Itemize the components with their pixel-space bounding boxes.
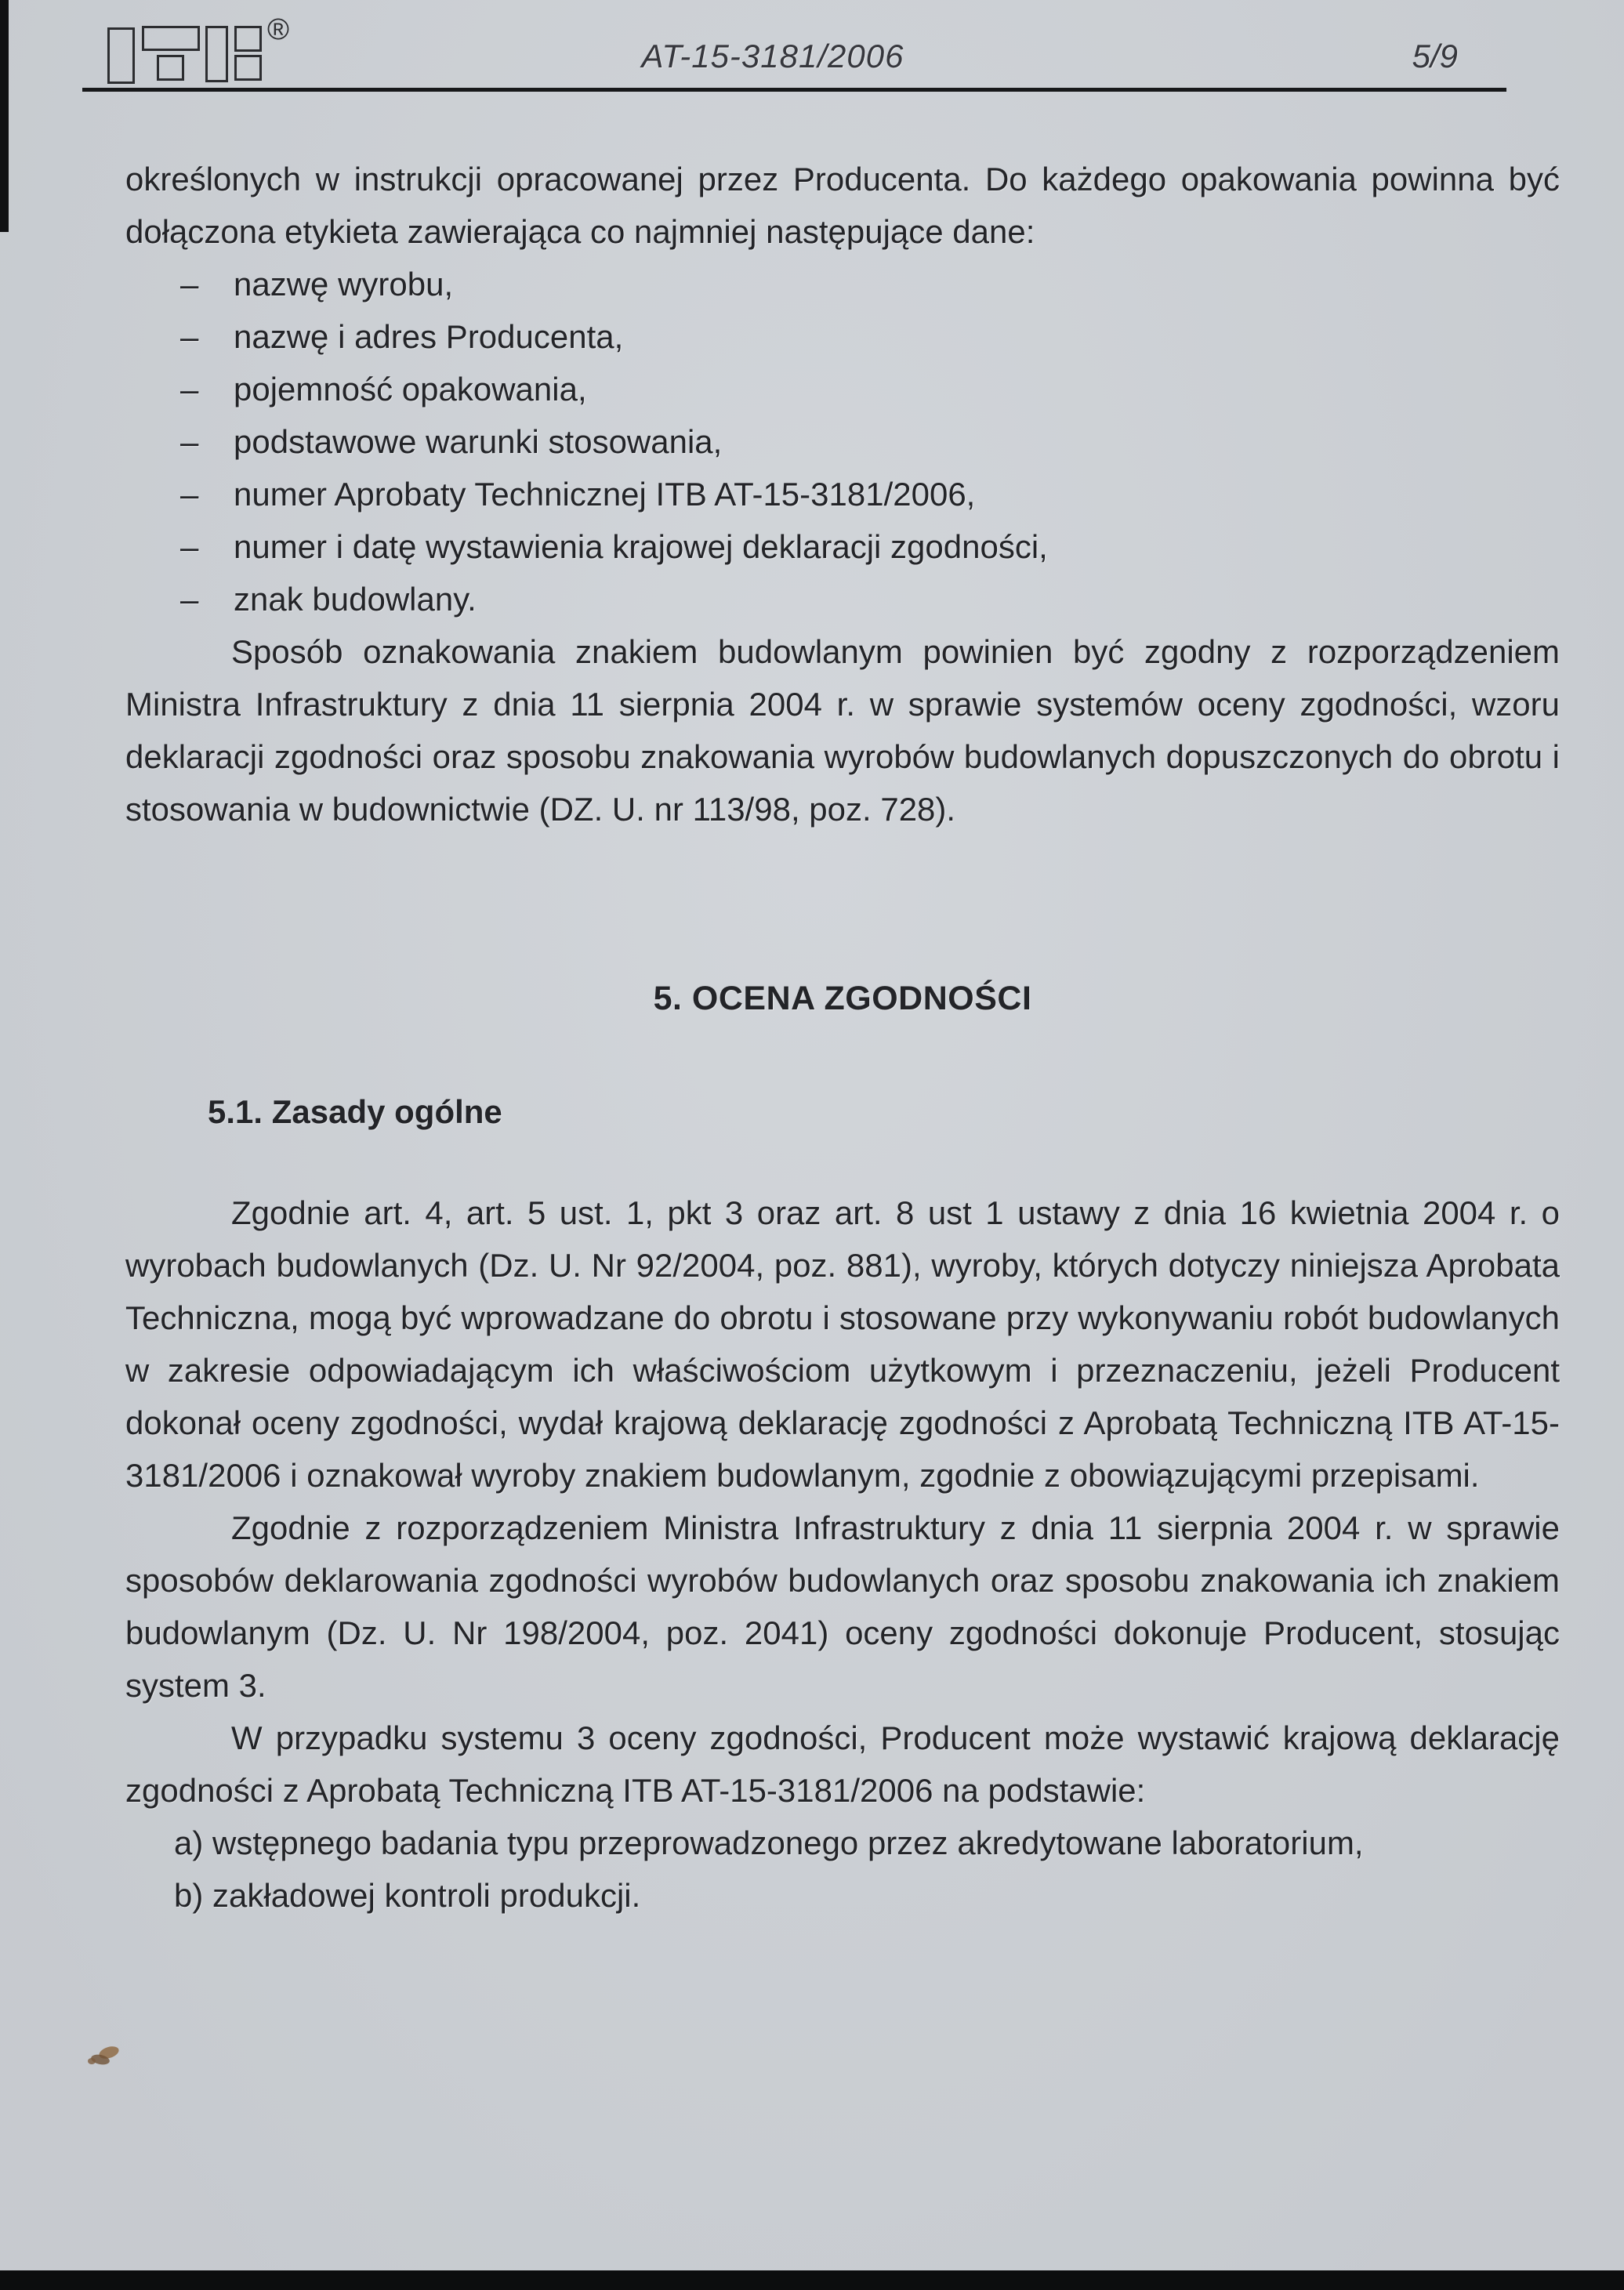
- paragraph-line: zgodności z Aprobatą Techniczną ITB AT-1…: [125, 1764, 1560, 1817]
- list-item: –numer i datę wystawienia krajowej dekla…: [125, 520, 1560, 573]
- dash-bullet-icon: –: [180, 310, 198, 363]
- paragraph-line: sposobów deklarowania zgodności wyrobów …: [125, 1554, 1560, 1607]
- paragraph-line: określonych w instrukcji opracowanej prz…: [125, 153, 1560, 205]
- paragraph-line: stosowania w budownictwie (DZ. U. nr 113…: [125, 783, 1560, 835]
- paragraph-line: Techniczna, mogą być wprowadzane do obro…: [125, 1292, 1560, 1344]
- itb-logo-letter-i: [107, 27, 135, 84]
- list-item-text: znak budowlany.: [234, 581, 477, 618]
- paragraph-declaration-regulation: Zgodnie z rozporządzeniem Ministra Infra…: [125, 1502, 1560, 1712]
- paragraph-line: Zgodnie z rozporządzeniem Ministra Infra…: [125, 1502, 1560, 1554]
- itb-logo-letter-t-stem: [157, 55, 184, 81]
- paragraph-line: Sposób oznakowania znakiem budowlanym po…: [125, 625, 1560, 678]
- paragraph-line: Ministra Infrastruktury z dnia 11 sierpn…: [125, 678, 1560, 730]
- header-rule: [82, 88, 1506, 92]
- paragraph-line: w zakresie odpowiadającym ich właściwośc…: [125, 1344, 1560, 1397]
- paragraph-line: dołączona etykieta zawierająca co najmni…: [125, 205, 1560, 258]
- paragraph-line: deklaracji zgodności oraz sposobu znakow…: [125, 730, 1560, 783]
- paragraph-line: budowlanym (Dz. U. Nr 198/2004, poz. 204…: [125, 1607, 1560, 1659]
- list-item: –podstawowe warunki stosowania,: [125, 415, 1560, 468]
- section-heading-conformity-assessment: 5. OCENA ZGODNOŚCI: [125, 975, 1560, 1022]
- list-item: –pojemność opakowania,: [125, 363, 1560, 415]
- header-page-number: 5/9: [1412, 38, 1458, 75]
- list-item: –numer Aprobaty Technicznej ITB AT-15-31…: [125, 468, 1560, 520]
- list-item-text: pojemność opakowania,: [234, 371, 587, 408]
- paragraph-system-3: W przypadku systemu 3 oceny zgodności, P…: [125, 1712, 1560, 1817]
- paragraph-line: W przypadku systemu 3 oceny zgodności, P…: [125, 1712, 1560, 1764]
- dash-bullet-icon: –: [180, 363, 198, 415]
- itb-logo-letter-b-bar: [205, 26, 228, 82]
- list-item-text: nazwę i adres Producenta,: [234, 318, 623, 355]
- paragraph-line: system 3.: [125, 1659, 1560, 1712]
- itb-logo-letter-b-square-top: [234, 26, 262, 52]
- dash-bullet-icon: –: [180, 258, 198, 310]
- dash-bullet-icon: –: [180, 468, 198, 520]
- registered-trademark-icon: ®: [267, 13, 289, 47]
- list-item-b: b) zakładowej kontroli produkcji.: [125, 1869, 1560, 1922]
- list-item: –nazwę i adres Producenta,: [125, 310, 1560, 363]
- subsection-heading-general-rules: 5.1. Zasady ogólne: [125, 1089, 1560, 1136]
- dash-bullet-icon: –: [180, 573, 198, 625]
- paragraph-marking-method: Sposób oznakowania znakiem budowlanym po…: [125, 625, 1560, 835]
- paragraph-packaging-label: określonych w instrukcji opracowanej prz…: [125, 153, 1560, 258]
- dash-bullet-icon: –: [180, 520, 198, 573]
- scan-edge-left: [0, 0, 9, 232]
- list-item-text: numer i datę wystawienia krajowej deklar…: [234, 528, 1048, 565]
- header-doc-number: AT-15-3181/2006: [498, 38, 1047, 75]
- dash-bullet-icon: –: [180, 415, 198, 468]
- paragraph-line: wyrobach budowlanych (Dz. U. Nr 92/2004,…: [125, 1239, 1560, 1292]
- list-item-text: numer Aprobaty Technicznej ITB AT-15-318…: [234, 476, 975, 513]
- paragraph-line: dokonał oceny zgodności, wydał krajową d…: [125, 1397, 1560, 1449]
- itb-logo: ®: [107, 26, 295, 85]
- itb-logo-letter-t-top: [142, 26, 200, 51]
- list-item-text: podstawowe warunki stosowania,: [234, 423, 722, 460]
- scan-edge-bottom: [0, 2270, 1624, 2290]
- list-item-a: a) wstępnego badania typu przeprowadzone…: [125, 1817, 1560, 1869]
- scanned-document-page: ® AT-15-3181/2006 5/9 określonych w inst…: [0, 0, 1624, 2290]
- paragraph-line: 3181/2006 i oznakował wyroby znakiem bud…: [125, 1449, 1560, 1502]
- list-item: –nazwę wyrobu,: [125, 258, 1560, 310]
- label-requirements-list: –nazwę wyrobu, –nazwę i adres Producenta…: [125, 258, 1560, 625]
- itb-logo-letter-b-square-bottom: [234, 55, 262, 81]
- list-item: –znak budowlany.: [125, 573, 1560, 625]
- document-body: określonych w instrukcji opracowanej prz…: [125, 153, 1560, 1922]
- list-item-text: nazwę wyrobu,: [234, 266, 453, 303]
- paragraph-line: Zgodnie art. 4, art. 5 ust. 1, pkt 3 ora…: [125, 1187, 1560, 1239]
- ink-smudge: [88, 2045, 122, 2071]
- paragraph-legal-basis: Zgodnie art. 4, art. 5 ust. 1, pkt 3 ora…: [125, 1187, 1560, 1502]
